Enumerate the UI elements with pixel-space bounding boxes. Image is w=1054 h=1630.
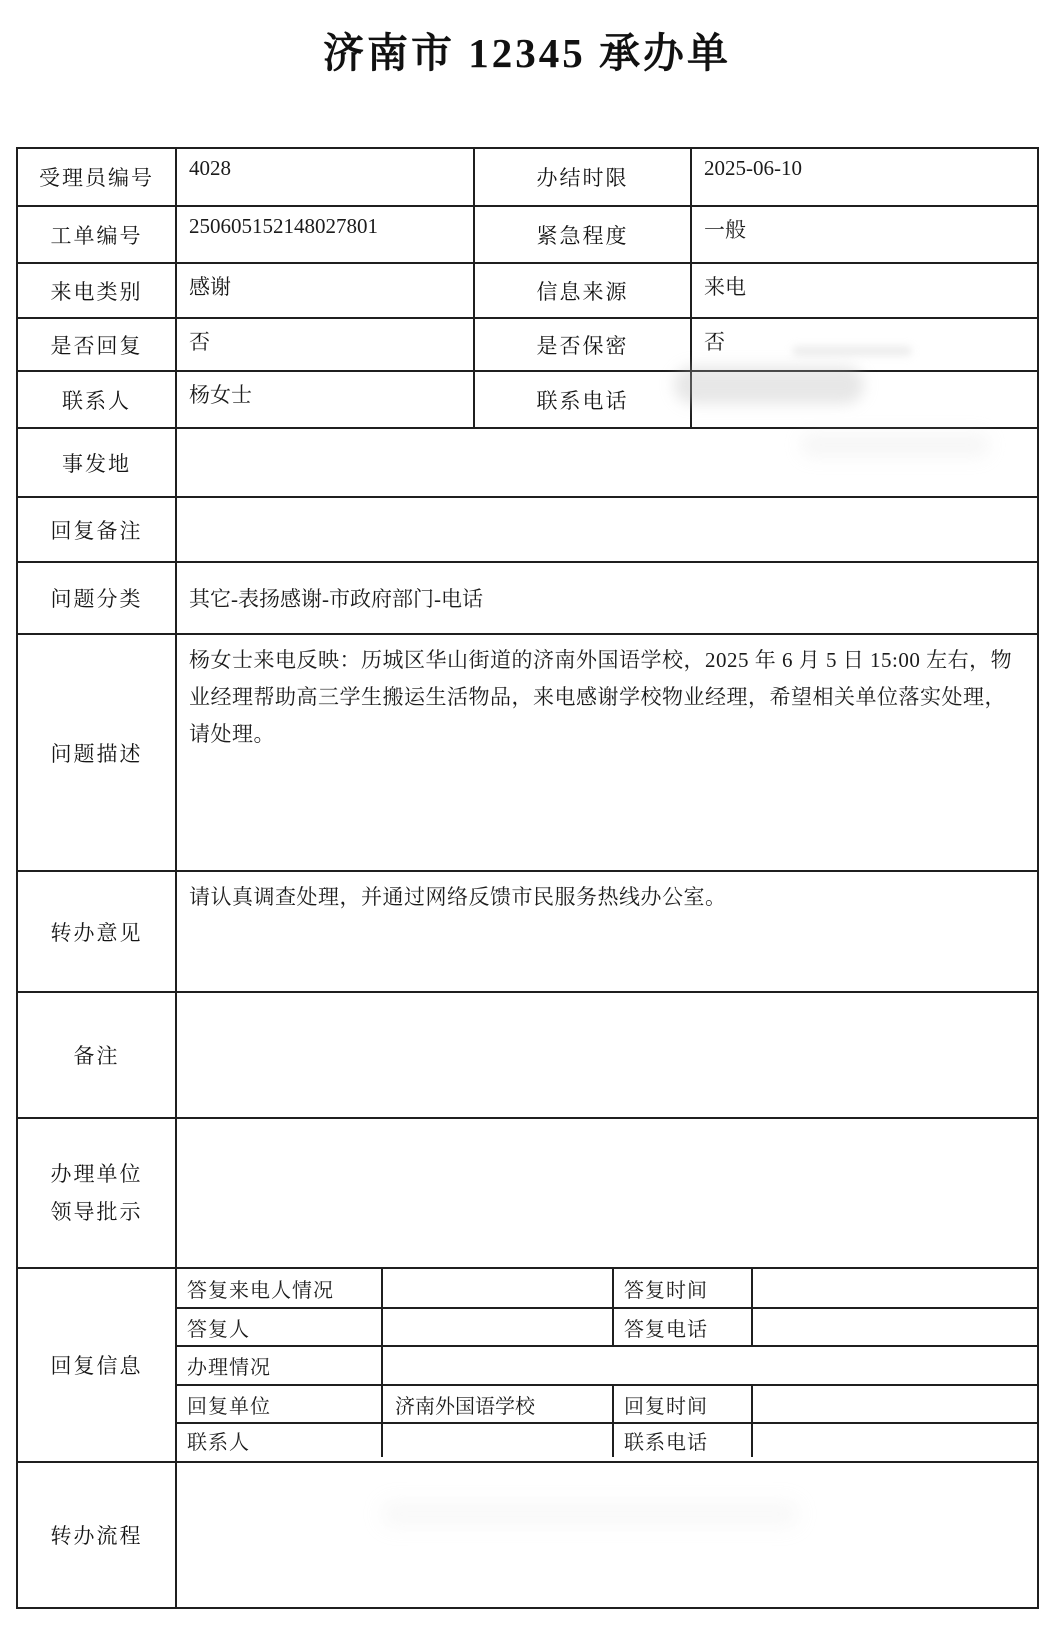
reply-unit-value: 济南外国语学校 — [382, 1385, 613, 1423]
reply-unit-time-value — [752, 1385, 1037, 1423]
contact-value: 杨女士 — [176, 371, 474, 428]
unit-contact-value — [382, 1423, 613, 1457]
reply-phone-label: 答复电话 — [613, 1308, 752, 1346]
issue-category-value: 其它-表扬感谢-市政府部门-电话 — [176, 562, 1038, 634]
row-handle-status: 办理情况 — [177, 1346, 1037, 1385]
incident-place-label: 事发地 — [17, 428, 176, 497]
reply-time-value — [752, 1269, 1037, 1308]
row-reply-person: 答复人 答复电话 — [177, 1308, 1037, 1346]
row-transfer-flow: 转办流程 — [17, 1462, 1038, 1608]
form-table: 受理员编号 4028 办结时限 2025-06-10 工单编号 25060515… — [16, 147, 1039, 1609]
handle-status-label: 办理情况 — [177, 1346, 382, 1385]
row-calltype-source: 来电类别 感谢 信息来源 来电 — [17, 263, 1038, 318]
reply-note-label: 回复备注 — [17, 497, 176, 562]
reply-phone-value — [752, 1308, 1037, 1346]
deadline-value: 2025-06-10 — [691, 148, 1038, 206]
contact-phone-value — [691, 371, 1038, 428]
reply-note-value — [176, 497, 1038, 562]
row-reply-unit: 回复单位 济南外国语学校 回复时间 — [177, 1385, 1037, 1423]
row-contact-phone: 联系人 杨女士 联系电话 — [17, 371, 1038, 428]
handle-status-value — [382, 1346, 1037, 1385]
confidential-value: 否 — [691, 318, 1038, 371]
scanned-form-page: { "title": "济南市 12345 承办单", "fields": { … — [0, 0, 1054, 1630]
reply-info-label: 回复信息 — [17, 1268, 176, 1462]
row-transfer-opinion: 转办意见 请认真调查处理，并通过网络反馈市民服务热线办公室。 — [17, 871, 1038, 992]
deadline-label: 办结时限 — [474, 148, 691, 206]
row-reply-info: 回复信息 答复来电人情况 答复时间 答复人 — [17, 1268, 1038, 1462]
row-remarks: 备注 — [17, 992, 1038, 1118]
row-operator-deadline: 受理员编号 4028 办结时限 2025-06-10 — [17, 148, 1038, 206]
row-incident-place: 事发地 — [17, 428, 1038, 497]
contact-label: 联系人 — [17, 371, 176, 428]
reply-time-label: 答复时间 — [613, 1269, 752, 1308]
leader-note-value — [176, 1118, 1038, 1268]
row-reply-note: 回复备注 — [17, 497, 1038, 562]
row-leader-note: 办理单位 领导批示 — [17, 1118, 1038, 1268]
reply-unit-time-label: 回复时间 — [613, 1385, 752, 1423]
transfer-opinion-value: 请认真调查处理，并通过网络反馈市民服务热线办公室。 — [176, 871, 1038, 992]
remarks-value — [176, 992, 1038, 1118]
operator-no-label: 受理员编号 — [17, 148, 176, 206]
reply-person-value — [382, 1308, 613, 1346]
order-no-label: 工单编号 — [17, 206, 176, 263]
reply-person-label: 答复人 — [177, 1308, 382, 1346]
urgency-label: 紧急程度 — [474, 206, 691, 263]
need-reply-value: 否 — [176, 318, 474, 371]
row-order-urgency: 工单编号 250605152148027801 紧急程度 一般 — [17, 206, 1038, 263]
incident-place-value — [176, 428, 1038, 497]
info-source-value: 来电 — [691, 263, 1038, 318]
remarks-label: 备注 — [17, 992, 176, 1118]
transfer-flow-label: 转办流程 — [17, 1462, 176, 1608]
call-type-label: 来电类别 — [17, 263, 176, 318]
confidential-label: 是否保密 — [474, 318, 691, 371]
reply-caller-label: 答复来电人情况 — [177, 1269, 382, 1308]
reply-info-table: 答复来电人情况 答复时间 答复人 答复电话 办理情况 — [177, 1269, 1037, 1457]
issue-desc-value: 杨女士来电反映：历城区华山街道的济南外国语学校，2025 年 6 月 5 日 1… — [176, 634, 1038, 871]
row-issue-category: 问题分类 其它-表扬感谢-市政府部门-电话 — [17, 562, 1038, 634]
issue-desc-label: 问题描述 — [17, 634, 176, 871]
transfer-opinion-label: 转办意见 — [17, 871, 176, 992]
operator-no-value: 4028 — [176, 148, 474, 206]
row-issue-desc: 问题描述 杨女士来电反映：历城区华山街道的济南外国语学校，2025 年 6 月 … — [17, 634, 1038, 871]
info-source-label: 信息来源 — [474, 263, 691, 318]
unit-phone-value — [752, 1423, 1037, 1457]
call-type-value: 感谢 — [176, 263, 474, 318]
order-no-value: 250605152148027801 — [176, 206, 474, 263]
reply-info-cell: 答复来电人情况 答复时间 答复人 答复电话 办理情况 — [176, 1268, 1038, 1462]
page-title: 济南市 12345 承办单 — [0, 20, 1054, 79]
issue-category-label: 问题分类 — [17, 562, 176, 634]
unit-contact-label: 联系人 — [177, 1423, 382, 1457]
unit-phone-label: 联系电话 — [613, 1423, 752, 1457]
reply-unit-label: 回复单位 — [177, 1385, 382, 1423]
need-reply-label: 是否回复 — [17, 318, 176, 371]
transfer-flow-value — [176, 1462, 1038, 1608]
reply-caller-value — [382, 1269, 613, 1308]
leader-note-label: 办理单位 领导批示 — [17, 1118, 176, 1268]
contact-phone-label: 联系电话 — [474, 371, 691, 428]
urgency-value: 一般 — [691, 206, 1038, 263]
row-unit-contact: 联系人 联系电话 — [177, 1423, 1037, 1457]
row-reply-caller: 答复来电人情况 答复时间 — [177, 1269, 1037, 1308]
row-reply-confidential: 是否回复 否 是否保密 否 — [17, 318, 1038, 371]
